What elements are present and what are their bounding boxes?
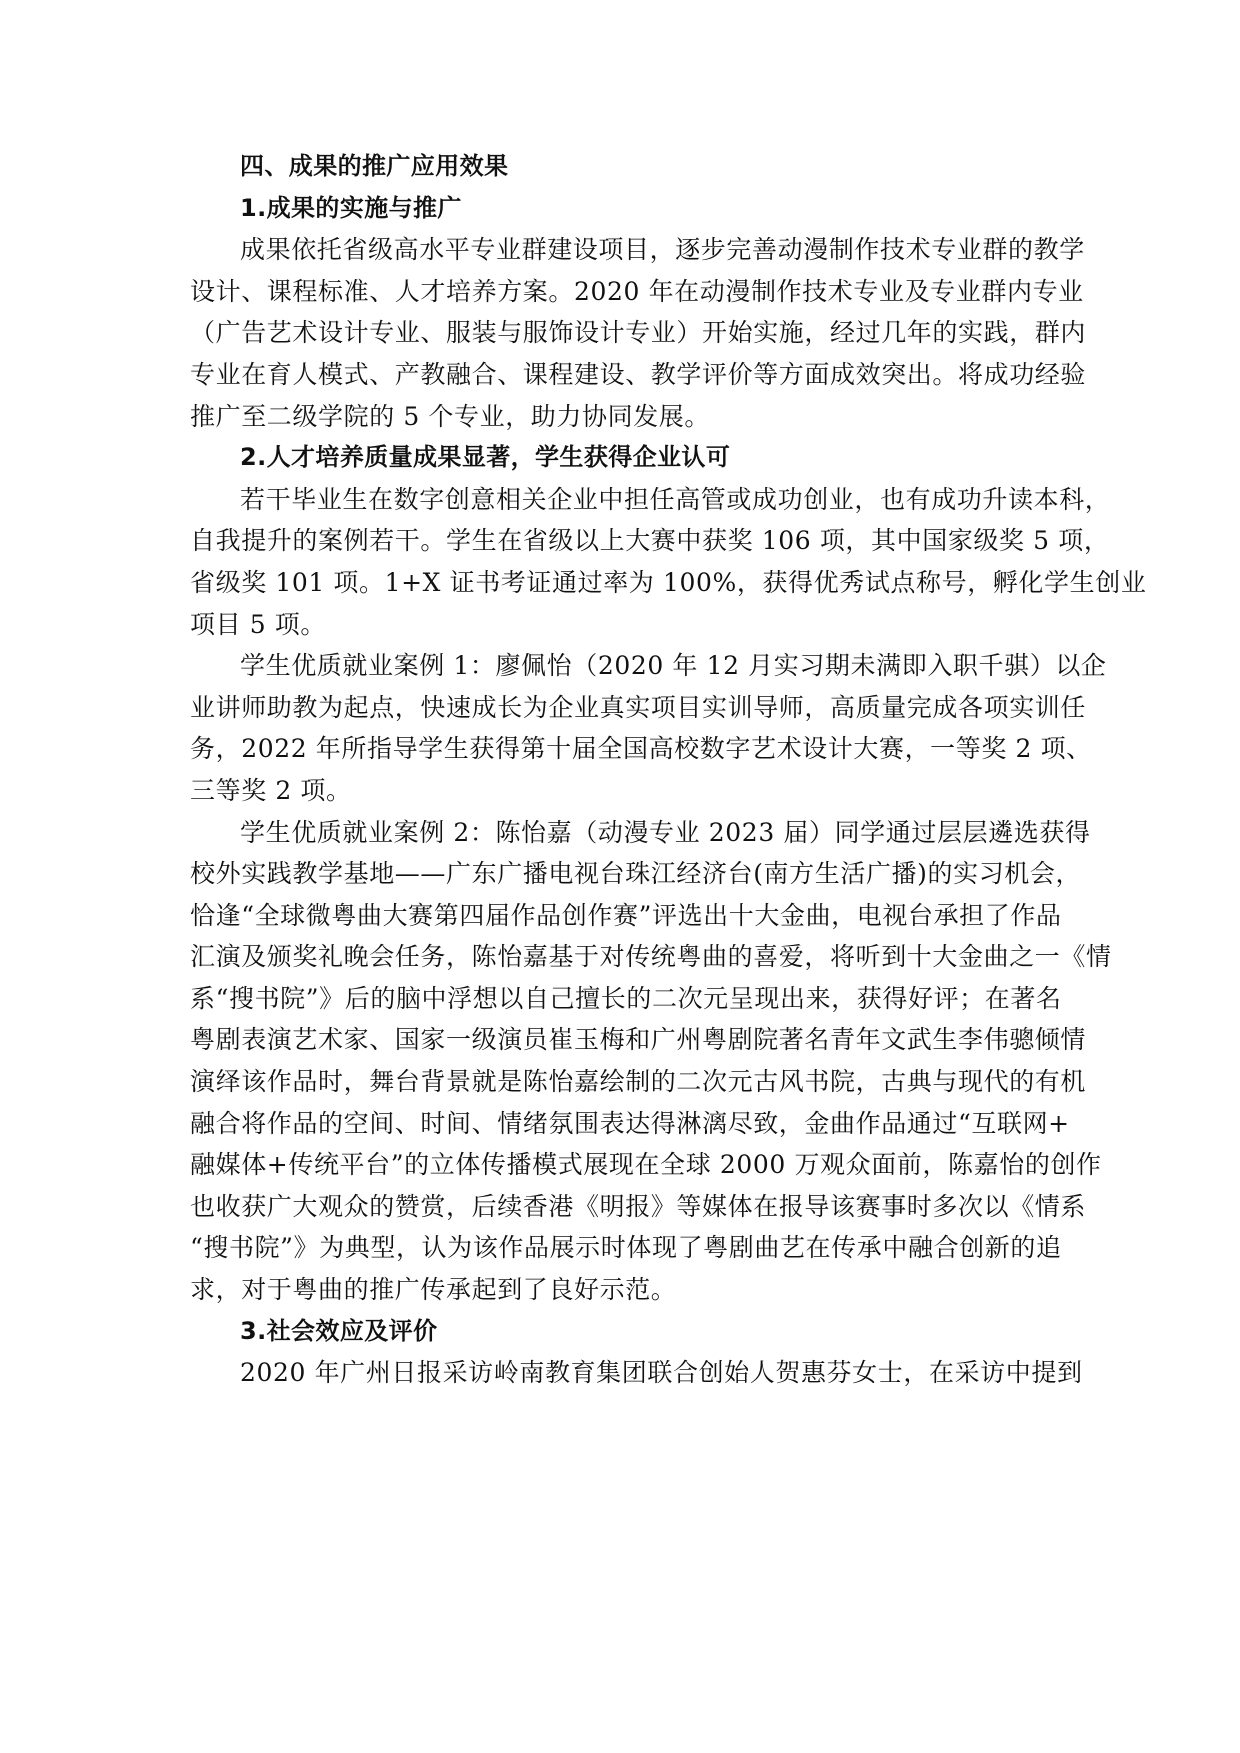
- text-line: 汇演及颁奖礼晚会任务，陈怡嘉基于对传统粤曲的喜爱，将听到十大金曲之一《情: [190, 936, 1056, 978]
- paragraph: 学生优质就业案例 1：廖佩怡（2020 年 12 月实习期未满即入职千骐）以企 …: [190, 645, 1056, 811]
- text-line: 粤剧表演艺术家、国家一级演员崔玉梅和广州粤剧院著名青年文武生李伟骢倾情: [190, 1019, 1056, 1061]
- text-line: 务，2022 年所指导学生获得第十届全国高校数字艺术设计大赛，一等奖 2 项、: [190, 728, 1056, 770]
- section-title: 四、成果的推广应用效果: [190, 146, 1056, 188]
- text-line: 校外实践教学基地——广东广播电视台珠江经济台(南方生活广播)的实习机会，: [190, 853, 1056, 895]
- text-line: “搜书院”》为典型，认为该作品展示时体现了粤剧曲艺在传承中融合创新的追: [190, 1227, 1056, 1269]
- paragraph: 2020 年广州日报采访岭南教育集团联合创始人贺惠芬女士，在采访中提到: [190, 1352, 1056, 1394]
- paragraph: 成果依托省级高水平专业群建设项目，逐步完善动漫制作技术专业群的教学 设计、课程标…: [190, 229, 1056, 437]
- text-line: 成果依托省级高水平专业群建设项目，逐步完善动漫制作技术专业群的教学: [190, 229, 1056, 271]
- subsection-heading-3: 3.社会效应及评价: [190, 1311, 1056, 1353]
- text-line: 推广至二级学院的 5 个专业，助力协同发展。: [190, 396, 1056, 438]
- subsection-heading-1: 1.成果的实施与推广: [190, 188, 1056, 230]
- text-line: 恰逢“全球微粤曲大赛第四届作品创作赛”评选出十大金曲，电视台承担了作品: [190, 895, 1056, 937]
- text-line: 业讲师助教为起点，快速成长为企业真实项目实训导师，高质量完成各项实训任: [190, 687, 1056, 729]
- text-line: 专业在育人模式、产教融合、课程建设、教学评价等方面成效突出。将成功经验: [190, 354, 1056, 396]
- text-line: 若干毕业生在数字创意相关企业中担任高管或成功创业，也有成功升读本科，: [190, 479, 1056, 521]
- paragraph: 若干毕业生在数字创意相关企业中担任高管或成功创业，也有成功升读本科， 自我提升的…: [190, 479, 1056, 645]
- text-line: 系“搜书院”》后的脑中浮想以自己擅长的二次元呈现出来，获得好评；在著名: [190, 978, 1056, 1020]
- text-line: 学生优质就业案例 2：陈怡嘉（动漫专业 2023 届）同学通过层层遴选获得: [190, 812, 1056, 854]
- text-line: 三等奖 2 项。: [190, 770, 1056, 812]
- text-line: 求，对于粤曲的推广传承起到了良好示范。: [190, 1269, 1056, 1311]
- text-line: 融媒体+传统平台”的立体传播模式展现在全球 2000 万观众面前，陈嘉怡的创作: [190, 1144, 1056, 1186]
- text-line: 设计、课程标准、人才培养方案。2020 年在动漫制作技术专业及专业群内专业: [190, 271, 1056, 313]
- subsection-heading-2: 2.人才培养质量成果显著，学生获得企业认可: [190, 437, 1056, 479]
- document-page: 四、成果的推广应用效果 1.成果的实施与推广 成果依托省级高水平专业群建设项目，…: [190, 146, 1056, 1394]
- text-line: 学生优质就业案例 1：廖佩怡（2020 年 12 月实习期未满即入职千骐）以企: [190, 645, 1056, 687]
- text-line: 2020 年广州日报采访岭南教育集团联合创始人贺惠芬女士，在采访中提到: [190, 1352, 1056, 1394]
- text-line: 项目 5 项。: [190, 604, 1056, 646]
- text-line: （广告艺术设计专业、服装与服饰设计专业）开始实施，经过几年的实践，群内: [190, 312, 1056, 354]
- text-line: 也收获广大观众的赞赏，后续香港《明报》等媒体在报导该赛事时多次以《情系: [190, 1186, 1056, 1228]
- text-line: 自我提升的案例若干。学生在省级以上大赛中获奖 106 项，其中国家级奖 5 项，: [190, 520, 1056, 562]
- text-line: 融合将作品的空间、时间、情绪氛围表达得淋漓尽致，金曲作品通过“互联网+: [190, 1103, 1056, 1145]
- text-line: 省级奖 101 项。1+X 证书考证通过率为 100%，获得优秀试点称号，孵化学…: [190, 562, 1056, 604]
- paragraph: 学生优质就业案例 2：陈怡嘉（动漫专业 2023 届）同学通过层层遴选获得 校外…: [190, 812, 1056, 1311]
- text-line: 演绎该作品时，舞台背景就是陈怡嘉绘制的二次元古风书院，古典与现代的有机: [190, 1061, 1056, 1103]
